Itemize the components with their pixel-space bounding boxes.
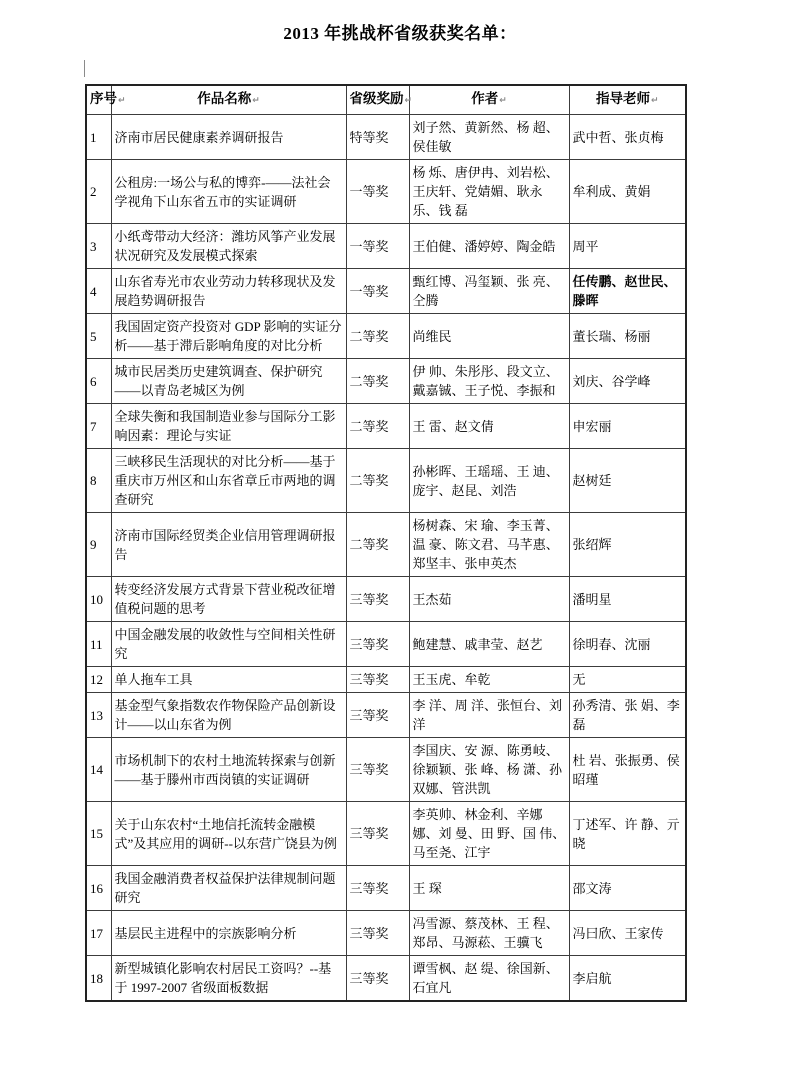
header-label: 作品名称 xyxy=(197,91,251,106)
header-cell-advisors: 指导老师↵ xyxy=(569,85,686,115)
table-row: 8 三峡移民生活现状的对比分析——基于重庆市万州区和山东省章丘市两地的调查研究 … xyxy=(86,449,686,513)
advisors-cell: 丁述军、许 静、亓晓 xyxy=(569,802,686,866)
advisors-cell: 武中哲、张贞梅 xyxy=(569,115,686,160)
table-row: 9 济南市国际经贸类企业信用管理调研报告 二等奖 杨树森、宋 瑜、李玉菁、温 豪… xyxy=(86,513,686,577)
table-row: 18 新型城镇化影响农村居民工资吗？--基于 1997-2007 省级面板数据 … xyxy=(86,956,686,1002)
row-number-cell: 8 xyxy=(86,449,111,513)
authors-cell: 李国庆、安 源、陈勇岐、徐颖颖、张 峰、杨 潇、孙双娜、管洪凯 xyxy=(409,738,569,802)
advisors-cell: 张绍辉 xyxy=(569,513,686,577)
authors-cell: 王杰茹 xyxy=(409,577,569,622)
award-level-cell: 二等奖 xyxy=(346,359,409,404)
work-title-cell: 济南市国际经贸类企业信用管理调研报告 xyxy=(111,513,346,577)
work-title-cell: 我国固定资产投资对 GDP 影响的实证分析——基于滞后影响角度的对比分析 xyxy=(111,314,346,359)
award-level-cell: 二等奖 xyxy=(346,314,409,359)
row-number-cell: 18 xyxy=(86,956,111,1002)
row-number-cell: 15 xyxy=(86,802,111,866)
authors-cell: 伊 帅、朱彤彤、段文立、戴嘉铖、王子悦、李振和 xyxy=(409,359,569,404)
advisors-cell: 邵文涛 xyxy=(569,866,686,911)
row-number-cell: 5 xyxy=(86,314,111,359)
awards-table-header: 序号↵ 作品名称↵ 省级奖励↵ 作者↵ 指导老师↵ xyxy=(86,85,686,115)
authors-cell: 鲍建慧、戚聿莹、赵艺 xyxy=(409,622,569,667)
authors-cell: 李英帅、林金利、辛娜娜、刘 曼、田 野、国 伟、马至尧、江宇 xyxy=(409,802,569,866)
table-row: 11 中国金融发展的收敛性与空间相关性研究 三等奖 鲍建慧、戚聿莹、赵艺 徐明春… xyxy=(86,622,686,667)
header-cell-authors: 作者↵ xyxy=(409,85,569,115)
work-title-cell: 公租房:一场公与私的博弈-——法社会学视角下山东省五市的实证调研 xyxy=(111,160,346,224)
award-level-cell: 一等奖 xyxy=(346,224,409,269)
row-number-cell: 3 xyxy=(86,224,111,269)
work-title-cell: 全球失衡和我国制造业参与国际分工影响因素：理论与实证 xyxy=(111,404,346,449)
award-level-cell: 三等奖 xyxy=(346,911,409,956)
authors-cell: 王 琛 xyxy=(409,866,569,911)
row-number-cell: 17 xyxy=(86,911,111,956)
authors-cell: 李 洋、周 洋、张恒台、刘 洋 xyxy=(409,693,569,738)
header-row: 序号↵ 作品名称↵ 省级奖励↵ 作者↵ 指导老师↵ xyxy=(86,85,686,115)
document-page: { "title": "2013 年挑战杯省级获奖名单：", "pilcrow"… xyxy=(0,0,800,1080)
advisors-cell: 任传鹏、赵世民、滕晖 xyxy=(569,269,686,314)
row-number-cell: 9 xyxy=(86,513,111,577)
advisors-cell: 潘明星 xyxy=(569,577,686,622)
row-number-cell: 4 xyxy=(86,269,111,314)
advisors-cell: 周平 xyxy=(569,224,686,269)
table-row: 6 城市民居类历史建筑调查、保护研究——以青岛老城区为例 二等奖 伊 帅、朱彤彤… xyxy=(86,359,686,404)
table-row: 2 公租房:一场公与私的博弈-——法社会学视角下山东省五市的实证调研 一等奖 杨… xyxy=(86,160,686,224)
award-level-cell: 三等奖 xyxy=(346,738,409,802)
award-level-cell: 三等奖 xyxy=(346,693,409,738)
advisors-cell: 申宏丽 xyxy=(569,404,686,449)
row-number-cell: 2 xyxy=(86,160,111,224)
table-row: 17 基层民主进程中的宗族影响分析 三等奖 冯雪源、蔡茂林、王 程、郑昂、马源菘… xyxy=(86,911,686,956)
row-number-cell: 14 xyxy=(86,738,111,802)
table-row: 16 我国金融消费者权益保护法律规制问题研究 三等奖 王 琛 邵文涛 xyxy=(86,866,686,911)
work-title-cell: 城市民居类历史建筑调查、保护研究——以青岛老城区为例 xyxy=(111,359,346,404)
advisors-cell: 无 xyxy=(569,667,686,693)
work-title-cell: 我国金融消费者权益保护法律规制问题研究 xyxy=(111,866,346,911)
award-level-cell: 三等奖 xyxy=(346,622,409,667)
award-level-cell: 二等奖 xyxy=(346,404,409,449)
authors-cell: 杨 烁、唐伊冉、刘岩松、王庆轩、党婧媚、耿永乐、钱 磊 xyxy=(409,160,569,224)
table-row: 15 关于山东农村“土地信托流转金融模式”及其应用的调研--以东营广饶县为例 三… xyxy=(86,802,686,866)
awards-table: 序号↵ 作品名称↵ 省级奖励↵ 作者↵ 指导老师↵ 1 济南市居民健康素养调研报… xyxy=(85,84,687,1002)
header-label: 指导老师 xyxy=(596,91,650,106)
award-level-cell: 三等奖 xyxy=(346,956,409,1002)
work-title-cell: 济南市居民健康素养调研报告 xyxy=(111,115,346,160)
award-level-cell: 三等奖 xyxy=(346,866,409,911)
work-title-cell: 中国金融发展的收敛性与空间相关性研究 xyxy=(111,622,346,667)
advisors-cell: 赵树廷 xyxy=(569,449,686,513)
row-number-cell: 10 xyxy=(86,577,111,622)
header-label: 省级奖励 xyxy=(350,91,404,106)
header-cell-award: 省级奖励↵ xyxy=(346,85,409,115)
authors-cell: 冯雪源、蔡茂林、王 程、郑昂、马源菘、王骥飞 xyxy=(409,911,569,956)
authors-cell: 谭雪枫、赵 缇、徐国新、石宜凡 xyxy=(409,956,569,1002)
award-level-cell: 特等奖 xyxy=(346,115,409,160)
table-row: 10 转变经济发展方式背景下营业税改征增值税问题的思考 三等奖 王杰茹 潘明星 xyxy=(86,577,686,622)
text-cursor-mark xyxy=(84,60,85,77)
table-row: 3 小纸鸢带动大经济：潍坊风筝产业发展状况研究及发展模式探索 一等奖 王伯健、潘… xyxy=(86,224,686,269)
advisors-cell: 牟利成、黄娟 xyxy=(569,160,686,224)
advisors-cell: 孙秀清、张 娟、李磊 xyxy=(569,693,686,738)
row-number-cell: 1 xyxy=(86,115,111,160)
page-title: 2013 年挑战杯省级获奖名单： xyxy=(0,22,800,46)
work-title-cell: 基层民主进程中的宗族影响分析 xyxy=(111,911,346,956)
award-level-cell: 一等奖 xyxy=(346,160,409,224)
authors-cell: 孙彬晖、王瑶瑶、王 迪、庞宇、赵昆、刘浩 xyxy=(409,449,569,513)
advisors-cell: 董长瑞、杨丽 xyxy=(569,314,686,359)
row-number-cell: 6 xyxy=(86,359,111,404)
authors-cell: 杨树森、宋 瑜、李玉菁、温 豪、陈文君、马芊惠、郑坚丰、张申英杰 xyxy=(409,513,569,577)
header-cell-number: 序号↵ xyxy=(86,85,111,115)
paragraph-mark-icon: ↵ xyxy=(118,96,126,106)
awards-table-body: 1 济南市居民健康素养调研报告 特等奖 刘子然、黄新然、杨 超、侯佳敏 武中哲、… xyxy=(86,115,686,1002)
table-row: 5 我国固定资产投资对 GDP 影响的实证分析——基于滞后影响角度的对比分析 二… xyxy=(86,314,686,359)
header-label: 作者 xyxy=(471,91,498,106)
header-label: 序号 xyxy=(90,91,117,106)
advisors-cell: 冯曰欣、王家传 xyxy=(569,911,686,956)
table-row: 1 济南市居民健康素养调研报告 特等奖 刘子然、黄新然、杨 超、侯佳敏 武中哲、… xyxy=(86,115,686,160)
work-title-cell: 市场机制下的农村土地流转探索与创新 ——基于滕州市西岗镇的实证调研 xyxy=(111,738,346,802)
table-row: 14 市场机制下的农村土地流转探索与创新 ——基于滕州市西岗镇的实证调研 三等奖… xyxy=(86,738,686,802)
authors-cell: 王 雷、赵文倩 xyxy=(409,404,569,449)
row-number-cell: 11 xyxy=(86,622,111,667)
authors-cell: 王玉虎、牟乾 xyxy=(409,667,569,693)
authors-cell: 刘子然、黄新然、杨 超、侯佳敏 xyxy=(409,115,569,160)
work-title-cell: 小纸鸢带动大经济：潍坊风筝产业发展状况研究及发展模式探索 xyxy=(111,224,346,269)
table-row: 4 山东省寿光市农业劳动力转移现状及发展趋势调研报告 一等奖 甄红博、冯玺颖、张… xyxy=(86,269,686,314)
award-level-cell: 二等奖 xyxy=(346,449,409,513)
award-level-cell: 三等奖 xyxy=(346,577,409,622)
authors-cell: 尚维民 xyxy=(409,314,569,359)
table-row: 7 全球失衡和我国制造业参与国际分工影响因素：理论与实证 二等奖 王 雷、赵文倩… xyxy=(86,404,686,449)
advisors-cell: 杜 岩、张振勇、侯昭瑾 xyxy=(569,738,686,802)
advisors-cell: 李启航 xyxy=(569,956,686,1002)
table-row: 13 基金型气象指数农作物保险产品创新设计——以山东省为例 三等奖 李 洋、周 … xyxy=(86,693,686,738)
row-number-cell: 7 xyxy=(86,404,111,449)
award-level-cell: 二等奖 xyxy=(346,513,409,577)
authors-cell: 王伯健、潘婷婷、陶金皓 xyxy=(409,224,569,269)
advisors-cell: 徐明春、沈丽 xyxy=(569,622,686,667)
paragraph-mark-icon: ↵ xyxy=(651,96,659,106)
row-number-cell: 12 xyxy=(86,667,111,693)
table-row: 12 单人拖车工具 三等奖 王玉虎、牟乾 无 xyxy=(86,667,686,693)
row-number-cell: 13 xyxy=(86,693,111,738)
work-title-cell: 三峡移民生活现状的对比分析——基于重庆市万州区和山东省章丘市两地的调查研究 xyxy=(111,449,346,513)
award-level-cell: 三等奖 xyxy=(346,667,409,693)
advisors-cell: 刘庆、谷学峰 xyxy=(569,359,686,404)
work-title-cell: 山东省寿光市农业劳动力转移现状及发展趋势调研报告 xyxy=(111,269,346,314)
work-title-cell: 新型城镇化影响农村居民工资吗？--基于 1997-2007 省级面板数据 xyxy=(111,956,346,1002)
row-number-cell: 16 xyxy=(86,866,111,911)
award-level-cell: 三等奖 xyxy=(346,802,409,866)
authors-cell: 甄红博、冯玺颖、张 亮、仝腾 xyxy=(409,269,569,314)
work-title-cell: 转变经济发展方式背景下营业税改征增值税问题的思考 xyxy=(111,577,346,622)
header-cell-work-title: 作品名称↵ xyxy=(111,85,346,115)
paragraph-mark-icon: ↵ xyxy=(405,96,413,106)
work-title-cell: 关于山东农村“土地信托流转金融模式”及其应用的调研--以东营广饶县为例 xyxy=(111,802,346,866)
work-title-cell: 基金型气象指数农作物保险产品创新设计——以山东省为例 xyxy=(111,693,346,738)
paragraph-mark-icon: ↵ xyxy=(499,96,507,106)
work-title-cell: 单人拖车工具 xyxy=(111,667,346,693)
paragraph-mark-icon: ↵ xyxy=(252,96,260,106)
award-level-cell: 一等奖 xyxy=(346,269,409,314)
